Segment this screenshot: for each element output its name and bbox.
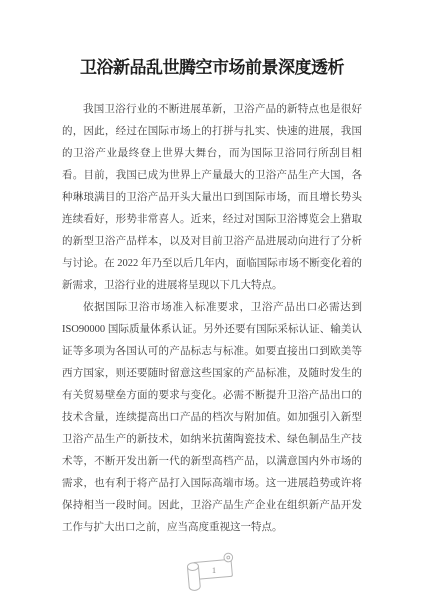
paragraph-1: 我国卫浴行业的不断进展革新，卫浴产品的新特点也是很好的，因此，经过在国际市场上的… — [62, 99, 362, 297]
scroll-curl-right-inner — [227, 556, 230, 559]
page-number: 1 — [212, 565, 216, 575]
document-body: 我国卫浴行业的不断进展革新，卫浴产品的新特点也是很好的，因此，经过在国际市场上的… — [62, 99, 362, 539]
paragraph-2: 依据国际卫浴市场准入标准要求，卫浴产品出口必需达到 ISO90000 国际质量体… — [62, 297, 362, 539]
document-page: 卫浴新品乱世腾空市场前景深度透析 我国卫浴行业的不断进展革新，卫浴产品的新特点也… — [0, 0, 424, 600]
document-title: 卫浴新品乱世腾空市场前景深度透析 — [0, 0, 424, 81]
scroll-roll-left-top — [187, 562, 199, 571]
page-footer: 1 — [0, 551, 424, 595]
page-number-scroll-icon: 1 — [183, 551, 241, 595]
